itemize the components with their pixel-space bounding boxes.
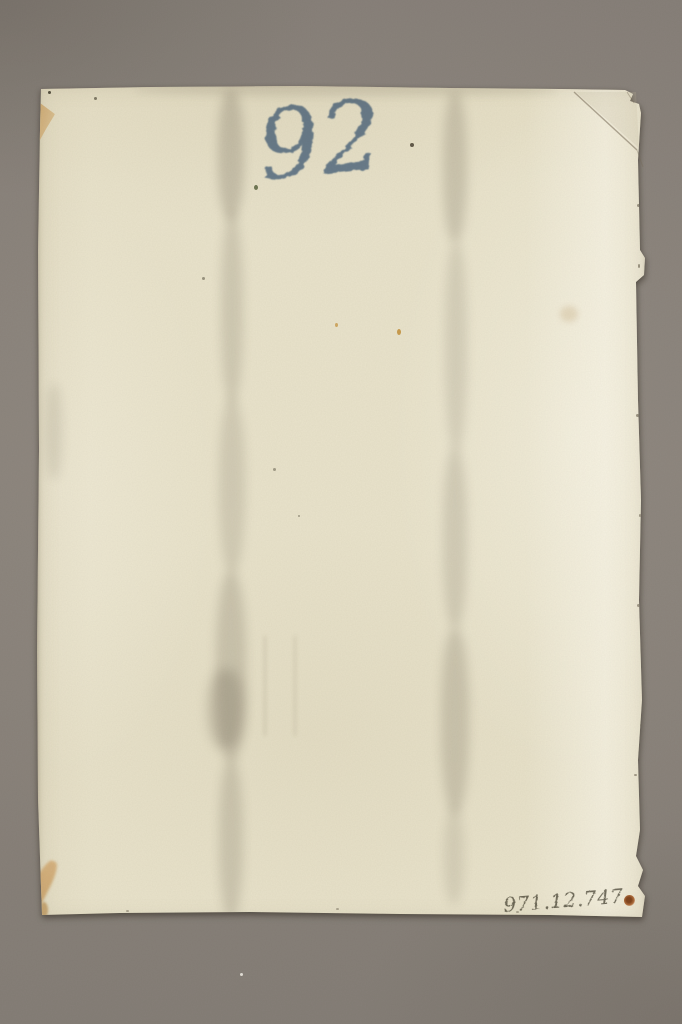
smudge-band-right-segment — [444, 809, 464, 904]
smudge-band-right-segment — [441, 629, 469, 814]
left-edge-smudge — [46, 384, 62, 479]
edge-speck — [94, 97, 97, 100]
edge-speck — [48, 91, 51, 94]
orange-fleck — [335, 323, 338, 327]
smudge-band-left-segment — [221, 214, 243, 404]
photograph-of-paper-verso: 92 971.12.747 — [0, 0, 682, 1024]
torn-edge-speck — [640, 724, 642, 727]
rust-spot-bottom-right — [624, 895, 635, 906]
smudge-band-right-segment — [443, 449, 467, 629]
orange-fleck — [397, 329, 401, 335]
paper-sheet-verso — [36, 84, 648, 922]
paper-sheet-wrap — [36, 84, 648, 922]
smudge-band-right-segment — [445, 242, 467, 452]
bottom-edge-speck — [126, 910, 129, 912]
glue-stain-bottom-left-small — [40, 902, 48, 918]
bottom-edge-speck — [516, 911, 519, 913]
bottom-edge-speck — [336, 908, 339, 910]
torn-edge-speck — [638, 264, 640, 268]
torn-edge-speck — [639, 514, 641, 517]
dark-fleck — [410, 143, 414, 147]
dust-speck — [240, 973, 243, 976]
torn-edge-speck — [637, 204, 640, 207]
torn-edge-speck — [637, 604, 640, 607]
torn-edge-speck — [638, 854, 641, 857]
green-fleck — [254, 185, 258, 190]
smudge-band-left-segment — [218, 90, 244, 220]
ghost-offset-mark — [264, 636, 296, 736]
smudge-band-left-dark-blob — [208, 669, 244, 749]
glue-stain-top-left — [36, 100, 55, 147]
gray-fleck — [202, 277, 205, 280]
gray-fleck — [298, 515, 300, 517]
edge-speck — [36, 888, 40, 893]
gray-fleck — [273, 468, 276, 471]
top-edge-smudge — [136, 84, 556, 96]
faint-foxing-blot — [560, 306, 578, 322]
smudge-band-right-segment — [443, 92, 467, 242]
torn-edge-speck — [636, 414, 639, 417]
smudge-band-left-segment — [219, 759, 243, 919]
torn-edge-speck — [634, 774, 637, 776]
smudge-band-left-segment — [219, 399, 245, 574]
